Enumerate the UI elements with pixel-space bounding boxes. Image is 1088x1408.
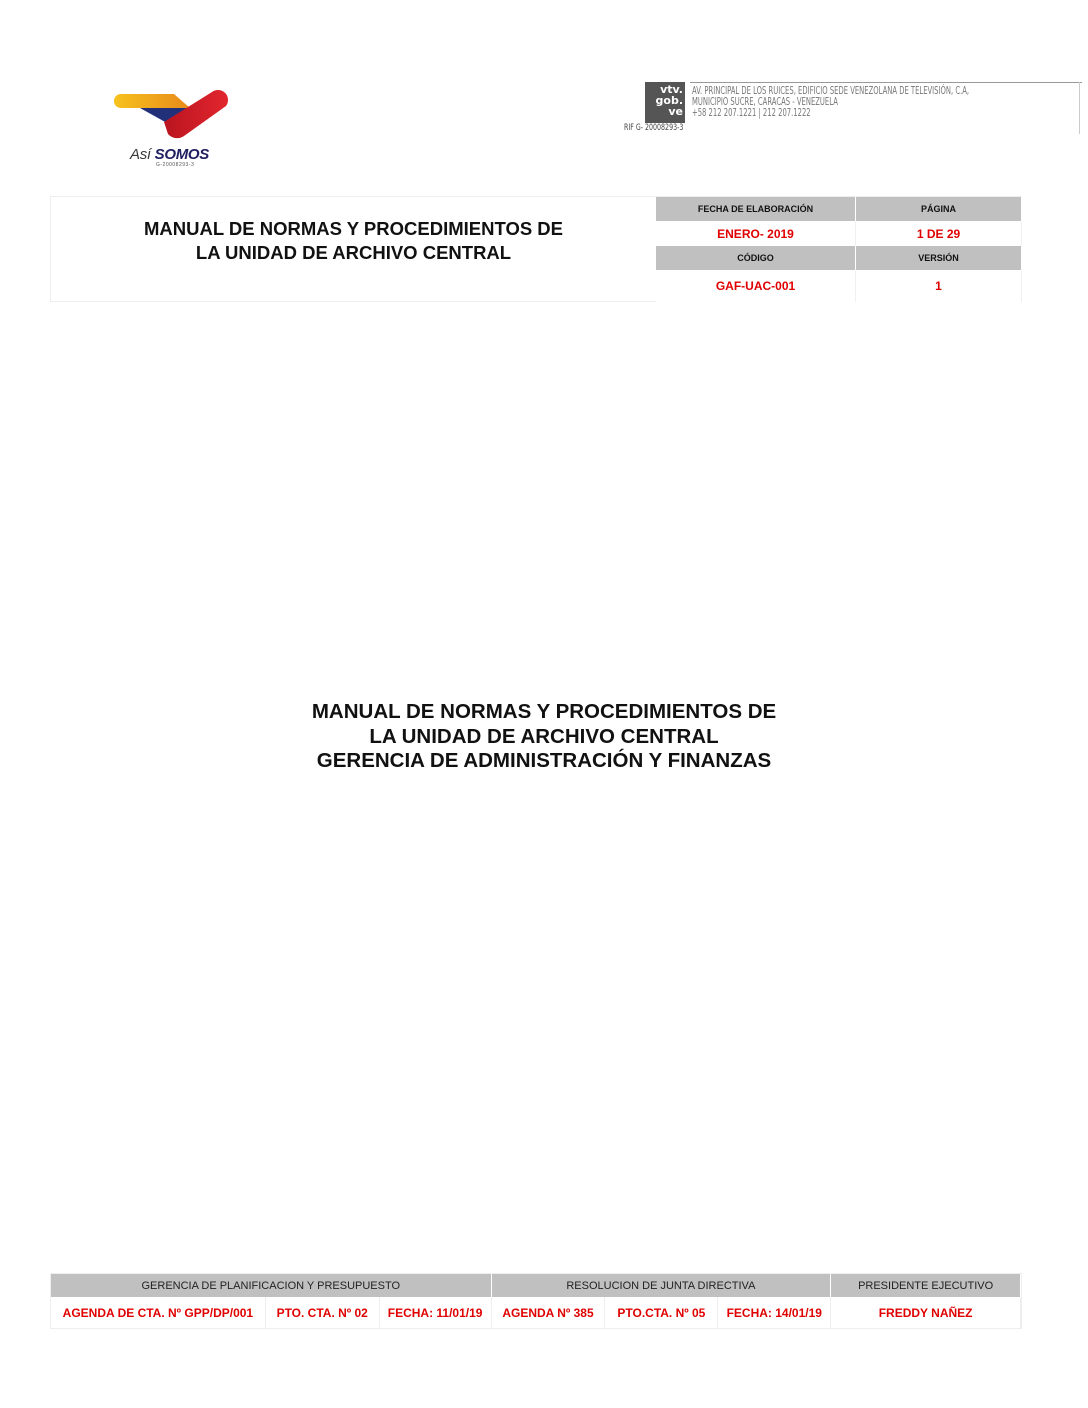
value-version: 1 xyxy=(856,270,1022,302)
logo-asi: Así xyxy=(130,146,151,163)
cover-title-line: MANUAL DE NORMAS Y PROCEDIMIENTOS DE xyxy=(0,700,1088,725)
logo-wordmark: Así SOMOS xyxy=(130,146,209,163)
approval-footer-table: GERENCIA DE PLANIFICACION Y PRESUPUESTO … xyxy=(50,1273,1022,1329)
document-header-table: MANUAL DE NORMAS Y PROCEDIMIENTOS DE LA … xyxy=(50,196,1022,302)
footer-cell-presidente: FREDDY NAÑEZ xyxy=(831,1297,1021,1328)
value-codigo: GAF-UAC-001 xyxy=(656,270,856,302)
header-title-line: MANUAL DE NORMAS Y PROCEDIMIENTOS DE xyxy=(144,217,563,241)
footer-cell: PTO. CTA. Nº 02 xyxy=(266,1297,380,1328)
label-version: VERSIÓN xyxy=(856,246,1022,270)
address-block: AV. PRINCIPAL DE LOS RUICES, EDIFICIO SE… xyxy=(692,85,969,118)
footer-cell: FECHA: 14/01/19 xyxy=(718,1297,831,1328)
footer-header-resolucion: RESOLUCION DE JUNTA DIRECTIVA xyxy=(492,1274,832,1297)
logo-somos: SOMOS xyxy=(155,146,209,163)
label-codigo: CÓDIGO xyxy=(656,246,856,270)
header-title: MANUAL DE NORMAS Y PROCEDIMIENTOS DE LA … xyxy=(51,197,656,303)
vtv-gob-ve-mark: vtv. gob. ve xyxy=(645,82,685,123)
header-meta-grid: FECHA DE ELABORACIÓN PÁGINA ENERO- 2019 … xyxy=(656,197,1022,302)
letterhead-rule xyxy=(690,82,1082,83)
rif-number: RIF G- 20008293-3 xyxy=(624,123,683,133)
value-fecha: ENERO- 2019 xyxy=(656,221,856,246)
cover-title: MANUAL DE NORMAS Y PROCEDIMIENTOS DE LA … xyxy=(0,700,1088,774)
value-pagina: 1 DE 29 xyxy=(856,221,1022,246)
footer-cell: AGENDA Nº 385 xyxy=(492,1297,606,1328)
letterhead-side-rule xyxy=(1079,82,1080,134)
label-fecha: FECHA DE ELABORACIÓN xyxy=(656,197,856,221)
footer-cell: PTO.CTA. Nº 05 xyxy=(605,1297,718,1328)
footer-header-planificacion: GERENCIA DE PLANIFICACION Y PRESUPUESTO xyxy=(51,1274,492,1297)
footer-cell: AGENDA DE CTA. Nº GPP/DP/001 xyxy=(51,1297,266,1328)
cover-title-line: LA UNIDAD DE ARCHIVO CENTRAL xyxy=(0,725,1088,750)
footer-cell: FECHA: 11/01/19 xyxy=(380,1297,492,1328)
label-pagina: PÁGINA xyxy=(856,197,1022,221)
address-phone: +58 212 207.1221 | 212 207.1222 xyxy=(692,107,969,118)
footer-header-presidente: PRESIDENTE EJECUTIVO xyxy=(831,1274,1021,1297)
header-title-line: LA UNIDAD DE ARCHIVO CENTRAL xyxy=(196,241,511,265)
logo-subtext: G-20008293-3 xyxy=(156,162,194,168)
cover-title-line: GERENCIA DE ADMINISTRACIÓN Y FINANZAS xyxy=(0,749,1088,774)
vtv-mark-line: ve xyxy=(645,106,683,117)
